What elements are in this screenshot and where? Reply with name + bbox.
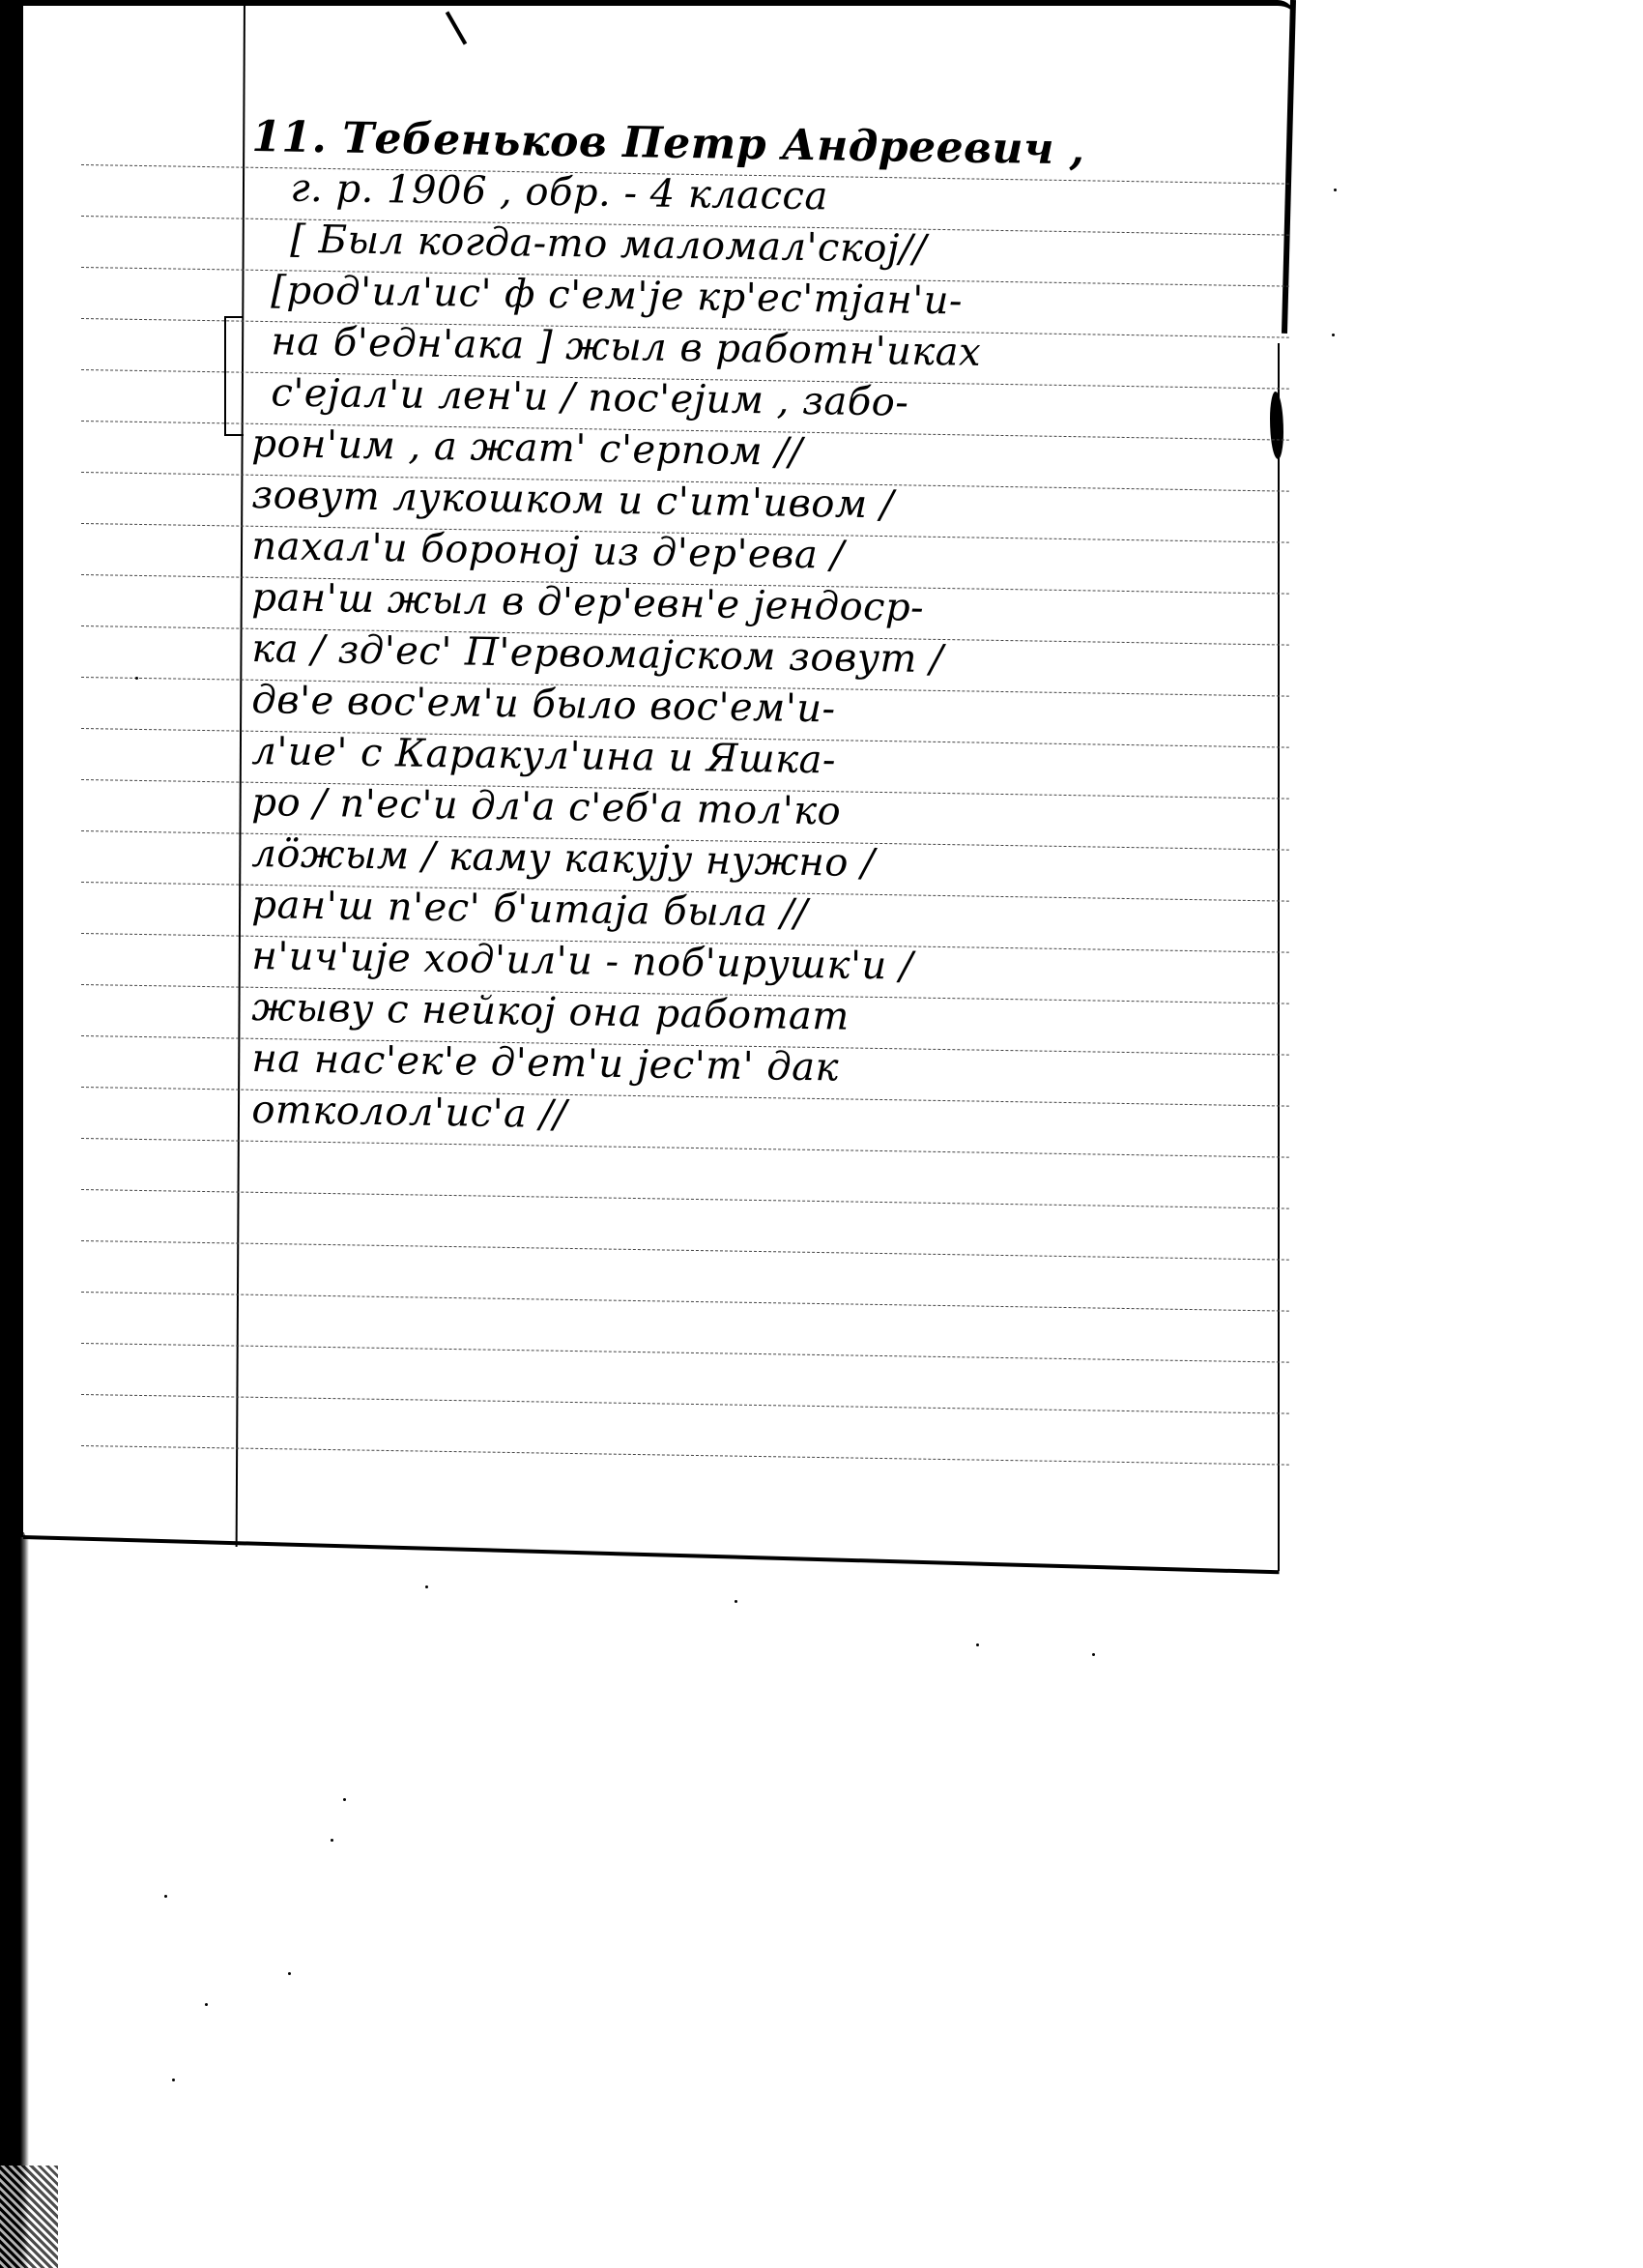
handwritten-text: 11. Тебеньков Петр Андреевич , г. р. 190…	[251, 111, 1285, 1136]
scan-speck	[288, 1972, 291, 1975]
scan-speck	[1332, 334, 1335, 336]
scan-speck	[331, 1839, 333, 1842]
scanner-shadow-noise	[0, 2166, 58, 2268]
scan-speck	[425, 1585, 428, 1588]
scan-speck	[976, 1643, 979, 1646]
scan-speck	[343, 1798, 346, 1801]
scan-speck	[164, 1895, 167, 1898]
ruled-line	[81, 1445, 1289, 1466]
scanned-page: 11. Тебеньков Петр Андреевич , г. р. 190…	[0, 0, 1643, 2268]
ruled-line	[81, 1394, 1289, 1414]
scan-speck	[1334, 189, 1337, 191]
scan-speck	[1092, 1653, 1095, 1656]
scan-speck	[735, 1600, 737, 1603]
scanner-shadow-left	[0, 0, 23, 1537]
scan-speck	[205, 2003, 208, 2006]
ruled-line	[81, 1240, 1289, 1261]
margin-bracket	[224, 316, 244, 436]
scan-speck	[135, 677, 138, 680]
scanner-shadow-left-lower	[0, 1532, 29, 2268]
ruled-line	[81, 1292, 1289, 1312]
ruled-line	[81, 1189, 1289, 1209]
ruled-line	[81, 1343, 1289, 1363]
scan-speck	[172, 2079, 175, 2081]
